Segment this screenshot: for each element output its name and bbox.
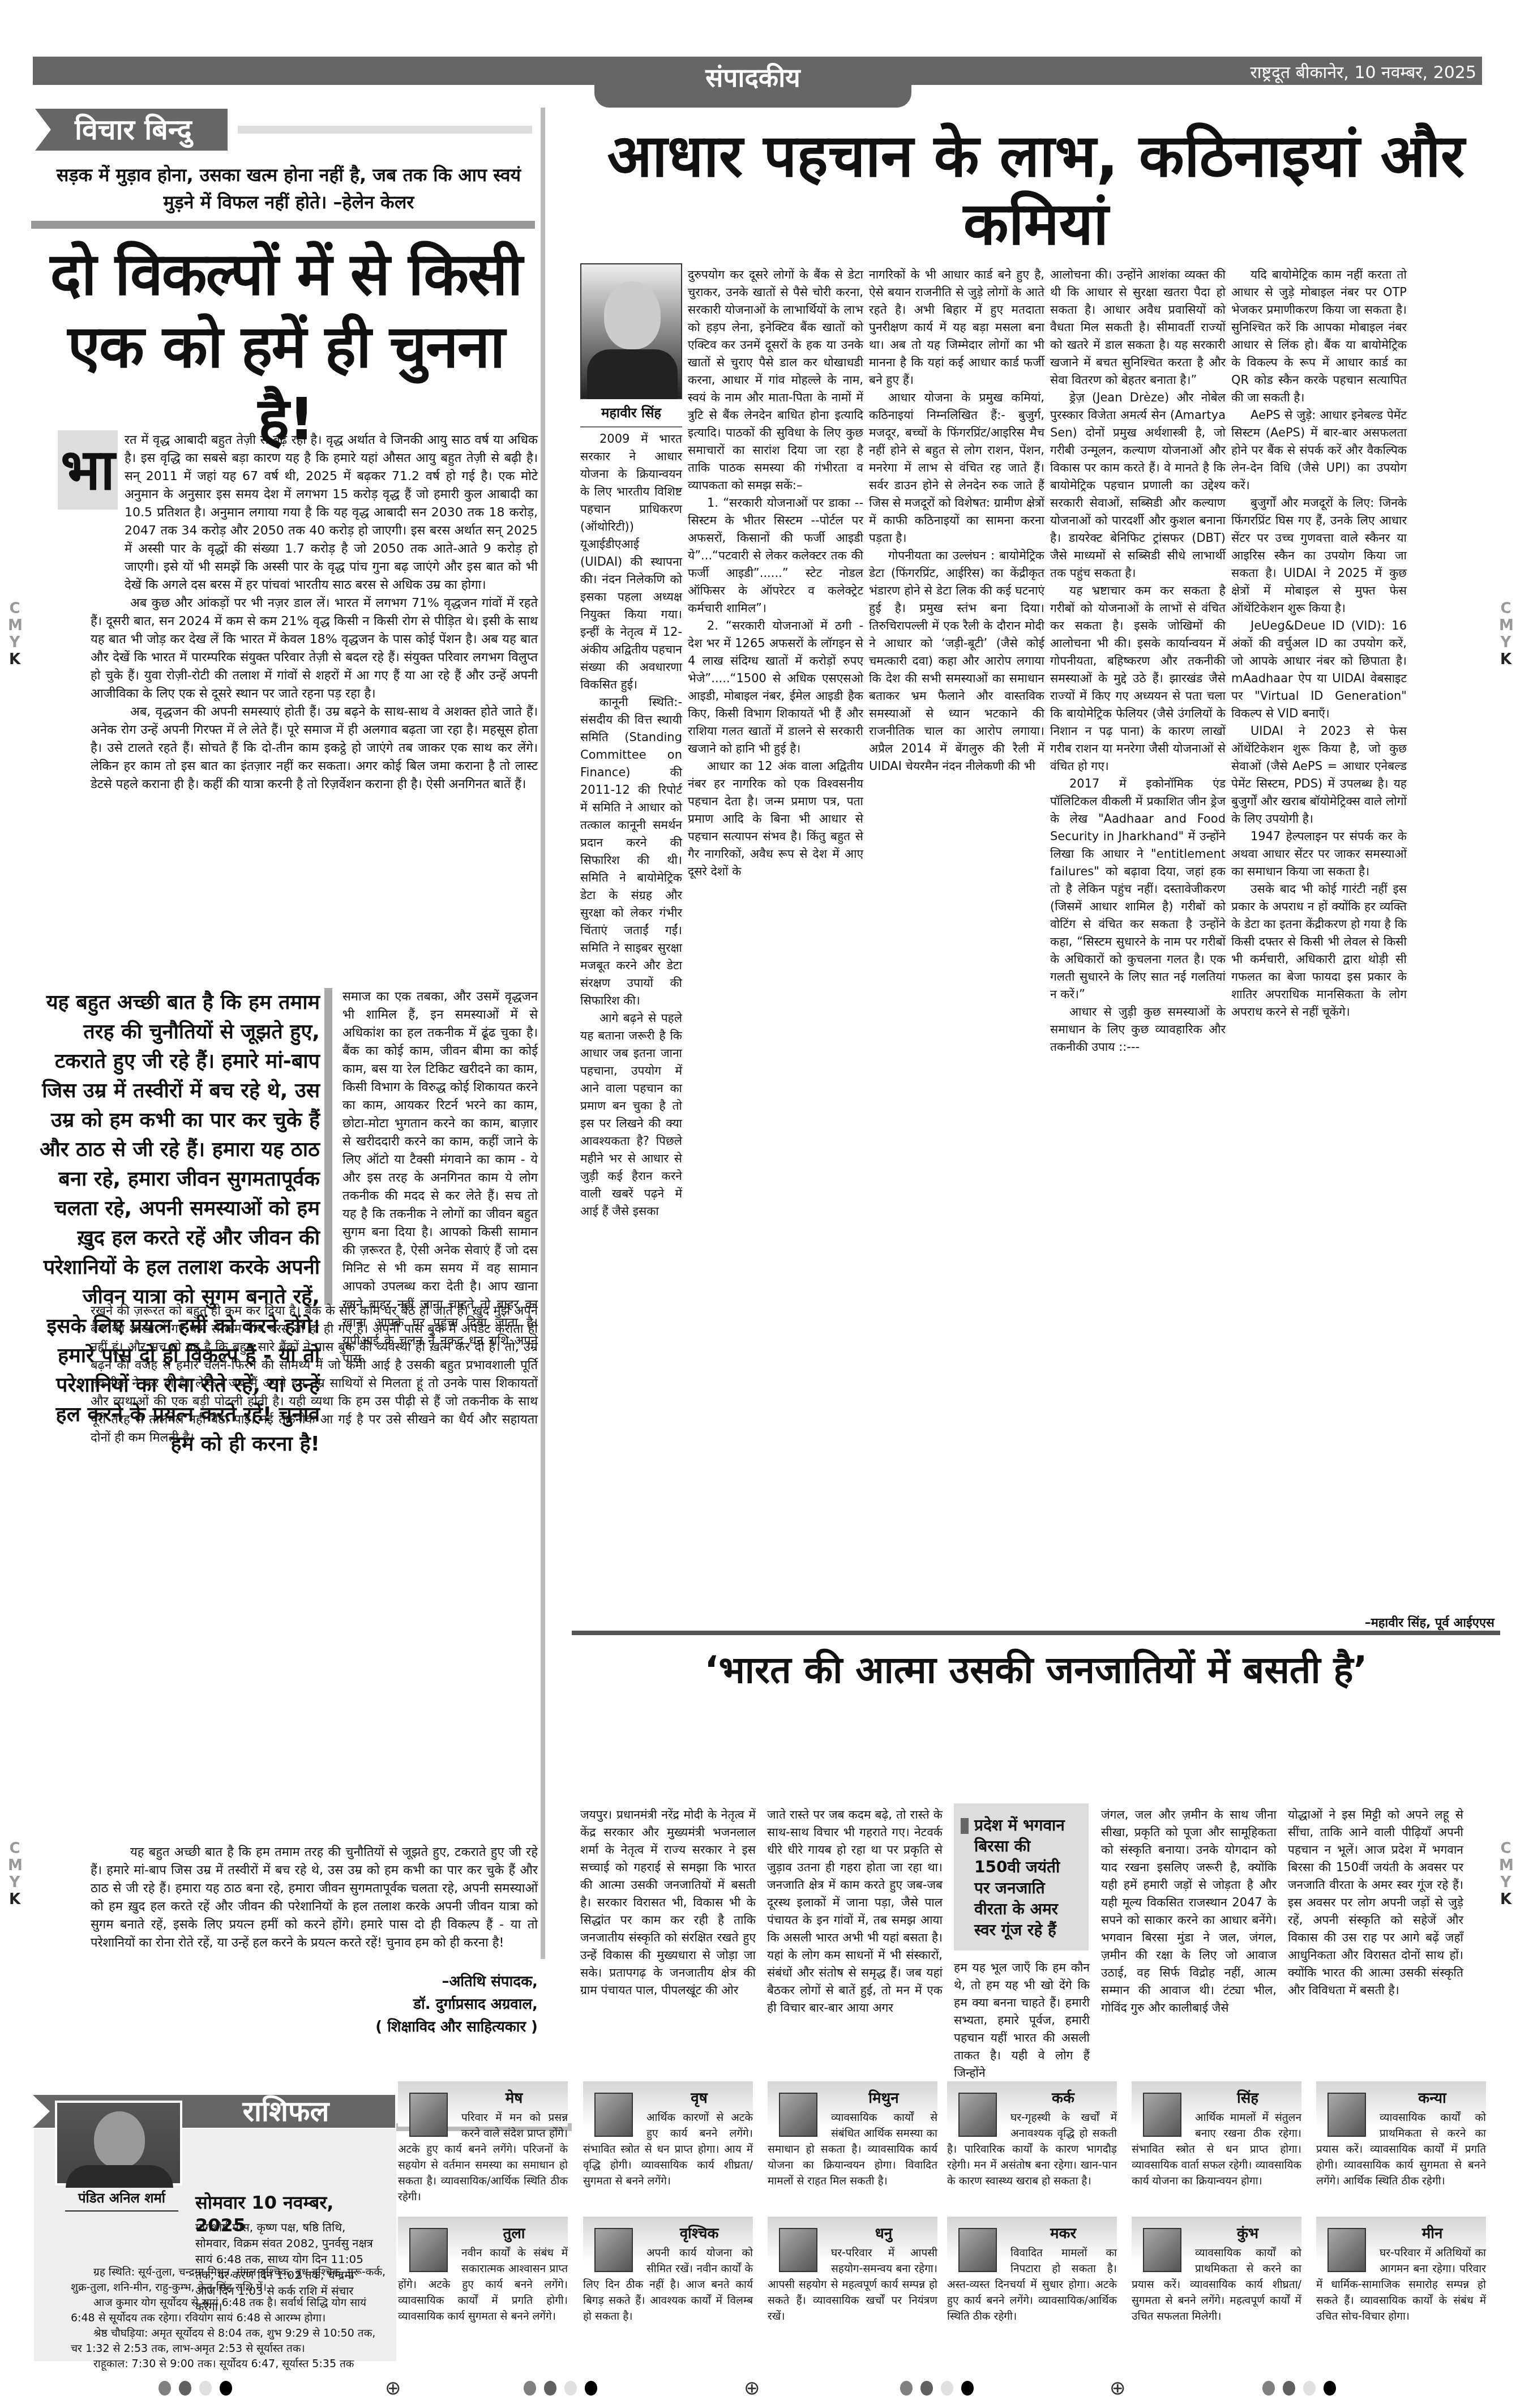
cmyk-mark-right-bottom: CMYK bbox=[1499, 1840, 1513, 1908]
zodiac-card-kumbh: कुंभव्यावसायिक कार्यों को प्राथमिकता से … bbox=[1132, 2217, 1301, 2262]
left-article-body-top: रत में वृद्ध आबादी बहुत तेज़ी से बढ़ रही… bbox=[91, 431, 538, 794]
cmyk-mark-right-top: CMYK bbox=[1499, 600, 1513, 668]
section-title: संपादकीय bbox=[594, 57, 911, 108]
choghadiya: श्रेष्ठ चौघड़िया: अमृत सूर्योदय से 8:04 … bbox=[71, 2326, 388, 2356]
left-article-closing: यह बहुत अच्छी बात है कि हम तमाम तरह की च… bbox=[91, 1844, 538, 1952]
thought-quote: सड़क में मुड़ाव होना, उसका खत्म होना नही… bbox=[40, 161, 538, 216]
vichar-bindu-label: विचार बिन्दु bbox=[35, 109, 228, 151]
cmyk-mark-left-top: CMYK bbox=[8, 600, 22, 668]
author-photo bbox=[580, 263, 682, 399]
zodiac-card-tula: तुलानवीन कार्यों के संबंध में सकारात्मक … bbox=[398, 2217, 568, 2262]
main-article-signature: –महावीर सिंह, पूर्व आईएएस bbox=[1245, 1614, 1494, 1631]
highlight-box: प्रदेश में भगवान बिरसा की 150वी जयंती पर… bbox=[954, 1803, 1089, 1951]
left-article-headline: दो विकल्पों में से किसी एक को हमें ही चु… bbox=[34, 238, 538, 455]
yoga-info: आज कुमार योग सूर्योदय से सायं 6:48 तक है… bbox=[71, 2295, 388, 2326]
registration-crosshair-icon: ⊕ bbox=[385, 2377, 401, 2400]
main-article-col-1: 2009 में भारत सरकार ने आधार योजना के क्र… bbox=[580, 430, 682, 1220]
article-divider bbox=[572, 1631, 1500, 1635]
graha-sthiti: ग्रह स्थिति: सूर्य-तुला, चन्द्रमा-मिथुन,… bbox=[71, 2265, 388, 2295]
left-article-para-2: अब कुछ और आंकड़ों पर भी नज़र डाल लें। भा… bbox=[91, 594, 538, 703]
color-registration-dots bbox=[900, 2381, 982, 2398]
zodiac-card-vrish: वृषआर्थिक कारणों से अटके हुए कार्य बनने … bbox=[583, 2081, 753, 2127]
zodiac-card-dhanu: धनुघर-परिवार में आपसी सहयोग-समन्वय बना र… bbox=[768, 2217, 937, 2262]
color-registration-dots bbox=[524, 2381, 605, 2398]
color-registration-dots bbox=[159, 2381, 240, 2398]
vichar-rule bbox=[238, 126, 532, 134]
second-article-col-1: जयपुर। प्रधानमंत्री नरेंद्र मोदी के नेतृ… bbox=[580, 1806, 756, 1999]
left-article-body-bottom: रखने की ज़रूरत को बहुत ही कम कर दिया है।… bbox=[91, 1302, 538, 1952]
left-article-para-3: अब, वृद्धजन की अपनी समस्याएं होती हैं। उ… bbox=[91, 703, 538, 794]
zodiac-card-singh: सिंहआर्थिक मामलों में संतुलन बनाए रखना ठ… bbox=[1132, 2081, 1301, 2127]
column-divider bbox=[541, 108, 545, 1959]
registration-crosshair-icon: ⊕ bbox=[1110, 2377, 1126, 2400]
main-article-col-4: आलोचना की। उन्होंने आशंका व्यक्त की थी क… bbox=[1050, 266, 1226, 1056]
cmyk-mark-left-bottom: CMYK bbox=[8, 1840, 22, 1908]
bullet-marker-icon bbox=[961, 1818, 969, 1834]
rahukaal: राहूकाल: 7:30 से 9:00 तक। सूर्योदय 6:47,… bbox=[71, 2356, 388, 2372]
zodiac-card-kark: कर्कघर-गृहस्थी के खर्चों में अनावश्यक वृ… bbox=[947, 2081, 1117, 2127]
second-article-col-2: जाते रास्ते पर जब कदम बढ़े, तो रास्ते के… bbox=[767, 1806, 943, 2017]
quote-divider bbox=[31, 221, 535, 229]
dateline: राष्ट्रदूत बीकानेर, 10 नवम्बर, 2025 bbox=[1251, 60, 1476, 83]
main-article-col-3: नागरिकों के भी आधार कार्ड बने हुए है, ऐस… bbox=[869, 266, 1044, 775]
main-article-col-5: यदि बायोमेट्रिक काम नहीं करता तो आधार से… bbox=[1231, 266, 1407, 1021]
second-article-headline: ‘भारत की आत्मा उसकी जनजातियों में बसती ह… bbox=[566, 1645, 1506, 1696]
zodiac-card-meen: मीनघर-परिवार में अतिथियों का आगमन बना रह… bbox=[1316, 2217, 1486, 2262]
zodiac-card-makar: मकरविवादित मामलों का निपटारा हो सकता है।… bbox=[947, 2217, 1117, 2262]
zodiac-card-mesh: मेषपरिवार में मन को प्रसन्न करने वाले सं… bbox=[398, 2081, 568, 2127]
color-registration-dots bbox=[1262, 2381, 1344, 2398]
main-article-headline: आधार पहचान के लाभ, कठिनाइयां और कमियां bbox=[566, 122, 1506, 258]
astrologer-name: पंडित अनिल शर्मा bbox=[65, 2188, 178, 2212]
rashifal-details: ग्रह स्थिति: सूर्य-तुला, चन्द्रमा-मिथुन,… bbox=[71, 2265, 388, 2372]
registration-crosshair-icon: ⊕ bbox=[744, 2377, 760, 2400]
second-article-col-3: हम यह भूल जाएँ कि हम कौन थे, तो हम यह भी… bbox=[954, 1959, 1090, 2082]
rashifal-title: राशिफल bbox=[187, 2095, 385, 2128]
zodiac-card-kanya: कन्याव्यावसायिक कार्यों को प्राथमिकता से… bbox=[1316, 2081, 1486, 2127]
zodiac-card-vrishchik: वृश्चिकअपनी कार्य योजना को सीमित रखें। न… bbox=[583, 2217, 753, 2262]
left-article-byline: –अतिथि संपादक, डॉ. दुर्गाप्रसाद अग्रवाल,… bbox=[340, 1970, 538, 2038]
left-article-lower: रखने की ज़रूरत को बहुत ही कम कर दिया है।… bbox=[91, 1302, 538, 1447]
second-article-col-4: जंगल, जल और ज़मीन के साथ जीना सीखा, प्रक… bbox=[1101, 1806, 1277, 2017]
second-article-col-5: योद्धाओं ने इस मिट्टी को अपने लहू से सीं… bbox=[1288, 1806, 1463, 1999]
main-article-col-2: दुरुपयोग कर दूसरे लोगों के बैंक से डेटा … bbox=[688, 266, 863, 880]
pull-quote-bar bbox=[324, 988, 332, 1305]
author-caption: महावीर सिंह bbox=[580, 403, 682, 427]
zodiac-card-mithun: मिथुनव्यावसायिक कार्यों से संबंधित आर्थि… bbox=[768, 2081, 937, 2127]
left-article-intro: रत में वृद्ध आबादी बहुत तेज़ी से बढ़ रही… bbox=[91, 431, 538, 594]
astrologer-photo bbox=[55, 2101, 182, 2185]
